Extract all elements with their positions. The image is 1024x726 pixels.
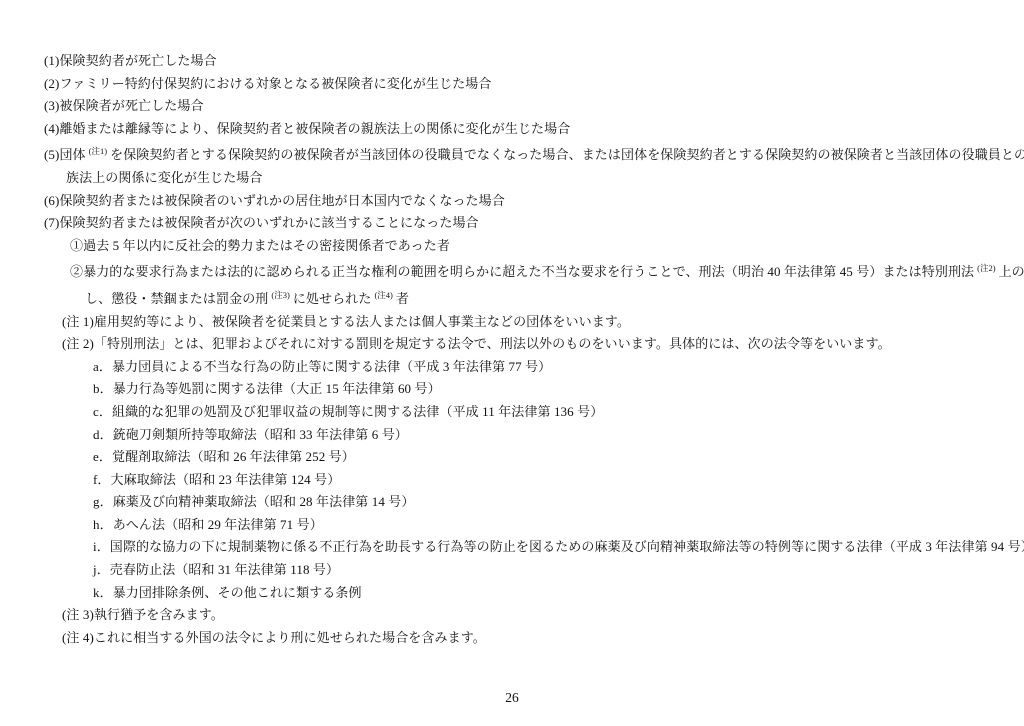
text-line: (7)保険契約者または被保険者が次のいずれかに該当することになった場合 — [0, 212, 1024, 235]
text-segment: 上の罪を犯 — [999, 264, 1024, 279]
text-segment: (5)団体 — [44, 147, 86, 162]
text-segment: g．麻薬及び向精神薬取締法（昭和 28 年法律第 14 号） — [93, 494, 415, 509]
note-reference: (注2) — [977, 263, 995, 273]
text-line: g．麻薬及び向精神薬取締法（昭和 28 年法律第 14 号） — [0, 491, 1024, 514]
note-reference: (注1) — [89, 146, 107, 156]
text-line: ②暴力的な要求行為または法的に認められる正当な権利の範囲を明らかに超えた不当な要… — [0, 257, 1024, 284]
text-line: (注 3)執行猶予を含みます。 — [0, 604, 1024, 627]
text-line: (6)保険契約者または被保険者のいずれかの居住地が日本国内でなくなった場合 — [0, 190, 1024, 213]
text-line: h．あへん法（昭和 29 年法律第 71 号） — [0, 514, 1024, 537]
text-line: d．銃砲刀剣類所持等取締法（昭和 33 年法律第 6 号） — [0, 424, 1024, 447]
text-line: ①過去 5 年以内に反社会的勢力またはその密接関係者であった者 — [0, 235, 1024, 258]
text-segment: a．暴力団員による不当な行為の防止等に関する法律（平成 3 年法律第 77 号） — [93, 359, 551, 374]
text-line: (注 1)雇用契約等により、被保険者を従業員とする法人または個人事業主などの団体… — [0, 311, 1024, 334]
text-segment: (1)保険契約者が死亡した場合 — [44, 53, 217, 68]
text-line: (注 2)「特別刑法」とは、犯罪およびそれに対する罰則を規定する法令で、刑法以外… — [0, 333, 1024, 356]
text-line: し、懲役・禁錮または罰金の刑(注3)に処せられた(注4)者 — [0, 284, 1024, 311]
text-segment: (2)ファミリー特約付保契約における対象となる被保険者に変化が生じた場合 — [44, 76, 492, 91]
text-segment: を保険契約者とする保険契約の被保険者が当該団体の役職員でなくなった場合、または団… — [110, 147, 1024, 162]
text-line: a．暴力団員による不当な行為の防止等に関する法律（平成 3 年法律第 77 号） — [0, 356, 1024, 379]
text-segment: 族法上の関係に変化が生じた場合 — [66, 170, 263, 185]
document-page: (1)保険契約者が死亡した場合(2)ファミリー特約付保契約における対象となる被保… — [0, 0, 1024, 726]
text-segment: (注 2)「特別刑法」とは、犯罪およびそれに対する罰則を規定する法令で、刑法以外… — [62, 336, 891, 351]
text-line: (注 4)これに相当する外国の法令により刑に処せられた場合を含みます。 — [0, 627, 1024, 650]
text-line: j．売春防止法（昭和 31 年法律第 118 号） — [0, 559, 1024, 582]
text-segment: (3)被保険者が死亡した場合 — [44, 98, 204, 113]
text-segment: に処せられた — [293, 291, 372, 306]
text-segment: (4)離婚または離縁等により、保険契約者と被保険者の親族法上の関係に変化が生じた… — [44, 121, 570, 136]
text-segment: i．国際的な協力の下に規制薬物に係る不正行為を助長する行為等の防止を図るための麻… — [93, 539, 1024, 554]
text-segment: (6)保険契約者または被保険者のいずれかの居住地が日本国内でなくなった場合 — [44, 193, 505, 208]
text-segment: d．銃砲刀剣類所持等取締法（昭和 33 年法律第 6 号） — [93, 427, 408, 442]
text-line: (5)団体(注1)を保険契約者とする保険契約の被保険者が当該団体の役職員でなくな… — [0, 140, 1024, 167]
text-line: (4)離婚または離縁等により、保険契約者と被保険者の親族法上の関係に変化が生じた… — [0, 118, 1024, 141]
text-line: (1)保険契約者が死亡した場合 — [0, 50, 1024, 73]
text-segment: し、懲役・禁錮または罰金の刑 — [85, 291, 268, 306]
text-segment: k．暴力団排除条例、その他これに類する条例 — [93, 585, 362, 600]
text-line: b．暴力行為等処罰に関する法律（大正 15 年法律第 60 号） — [0, 378, 1024, 401]
document-body: (1)保険契約者が死亡した場合(2)ファミリー特約付保契約における対象となる被保… — [0, 50, 1024, 649]
text-segment: ①過去 5 年以内に反社会的勢力またはその密接関係者であった者 — [70, 238, 450, 253]
text-line: i．国際的な協力の下に規制薬物に係る不正行為を助長する行為等の防止を図るための麻… — [0, 536, 1024, 559]
note-reference: (注3) — [271, 290, 289, 300]
page-number: 26 — [0, 689, 1024, 707]
text-segment: (注 3)執行猶予を含みます。 — [62, 607, 224, 622]
text-segment: ②暴力的な要求行為または法的に認められる正当な権利の範囲を明らかに超えた不当な要… — [70, 264, 974, 279]
text-segment: (注 4)これに相当する外国の法令により刑に処せられた場合を含みます。 — [62, 630, 486, 645]
text-line: k．暴力団排除条例、その他これに類する条例 — [0, 582, 1024, 605]
text-segment: (注 1)雇用契約等により、被保険者を従業員とする法人または個人事業主などの団体… — [62, 314, 630, 329]
text-segment: f．大麻取締法（昭和 23 年法律第 124 号） — [93, 472, 340, 487]
text-line: f．大麻取締法（昭和 23 年法律第 124 号） — [0, 469, 1024, 492]
note-reference: (注4) — [374, 290, 392, 300]
text-line: (2)ファミリー特約付保契約における対象となる被保険者に変化が生じた場合 — [0, 73, 1024, 96]
text-segment: j．売春防止法（昭和 31 年法律第 118 号） — [93, 562, 339, 577]
text-line: 族法上の関係に変化が生じた場合 — [0, 167, 1024, 190]
text-line: c．組織的な犯罪の処罰及び犯罪収益の規制等に関する法律（平成 11 年法律第 1… — [0, 401, 1024, 424]
text-segment: e．覚醒剤取締法（昭和 26 年法律第 252 号） — [93, 449, 355, 464]
text-segment: c．組織的な犯罪の処罰及び犯罪収益の規制等に関する法律（平成 11 年法律第 1… — [93, 404, 603, 419]
text-line: (3)被保険者が死亡した場合 — [0, 95, 1024, 118]
text-segment: 者 — [396, 291, 409, 306]
text-segment: b．暴力行為等処罰に関する法律（大正 15 年法律第 60 号） — [93, 381, 441, 396]
text-segment: h．あへん法（昭和 29 年法律第 71 号） — [93, 517, 323, 532]
text-segment: (7)保険契約者または被保険者が次のいずれかに該当することになった場合 — [44, 215, 479, 230]
text-line: e．覚醒剤取締法（昭和 26 年法律第 252 号） — [0, 446, 1024, 469]
